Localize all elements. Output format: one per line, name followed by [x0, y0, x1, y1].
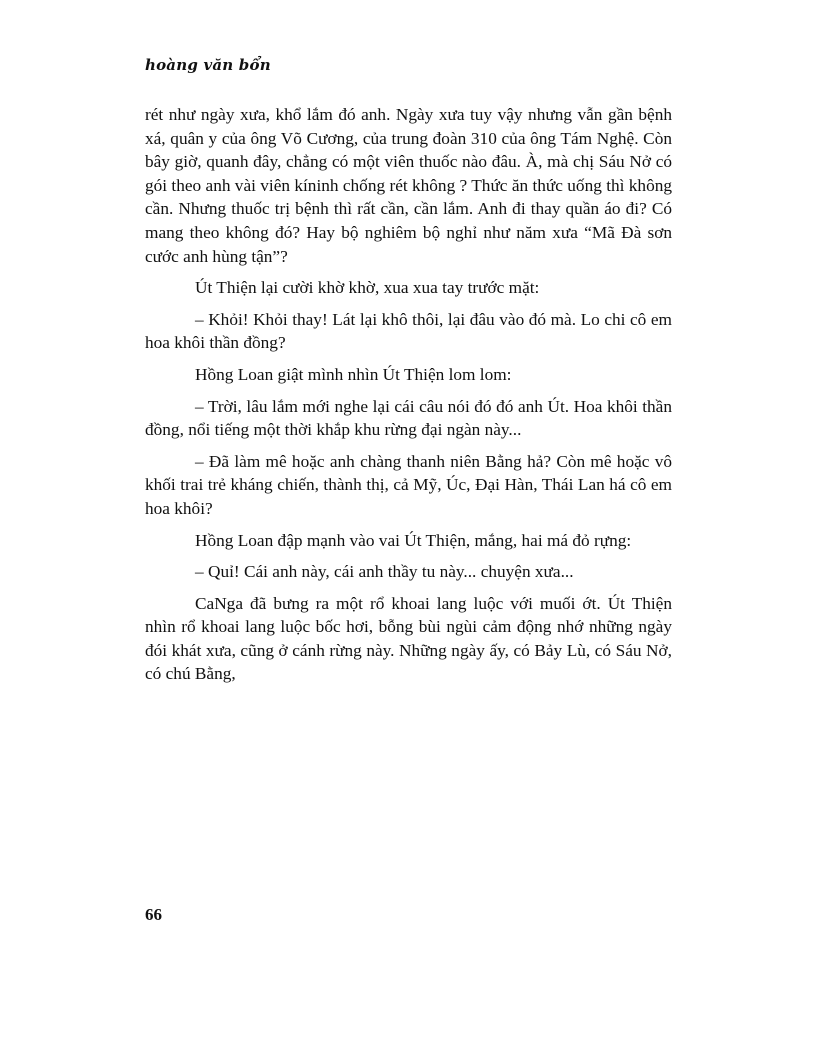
running-head: hoàng văn bổn — [145, 56, 271, 74]
paragraph: – Đã làm mê hoặc anh chàng thanh niên Bằ… — [145, 450, 672, 521]
paragraph: Út Thiện lại cười khờ khờ, xua xua tay t… — [145, 276, 672, 300]
paragraph: rét như ngày xưa, khổ lắm đó anh. Ngày x… — [145, 103, 672, 268]
paragraph: CaNga đã bưng ra một rổ khoai lang luộc … — [145, 592, 672, 686]
paragraph: Hồng Loan đập mạnh vào vai Út Thiện, mắn… — [145, 529, 672, 553]
page-number: 66 — [145, 905, 162, 925]
paragraph: – Khỏi! Khỏi thay! Lát lại khô thôi, lại… — [145, 308, 672, 355]
book-page: hoàng văn bổn rét như ngày xưa, khổ lắm … — [0, 0, 816, 1056]
body-text: rét như ngày xưa, khổ lắm đó anh. Ngày x… — [145, 103, 672, 686]
paragraph: Hồng Loan giật mình nhìn Út Thiện lom lo… — [145, 363, 672, 387]
paragraph: – Quỉ! Cái anh này, cái anh thầy tu này.… — [145, 560, 672, 584]
paragraph: – Trời, lâu lắm mới nghe lại cái câu nói… — [145, 395, 672, 442]
